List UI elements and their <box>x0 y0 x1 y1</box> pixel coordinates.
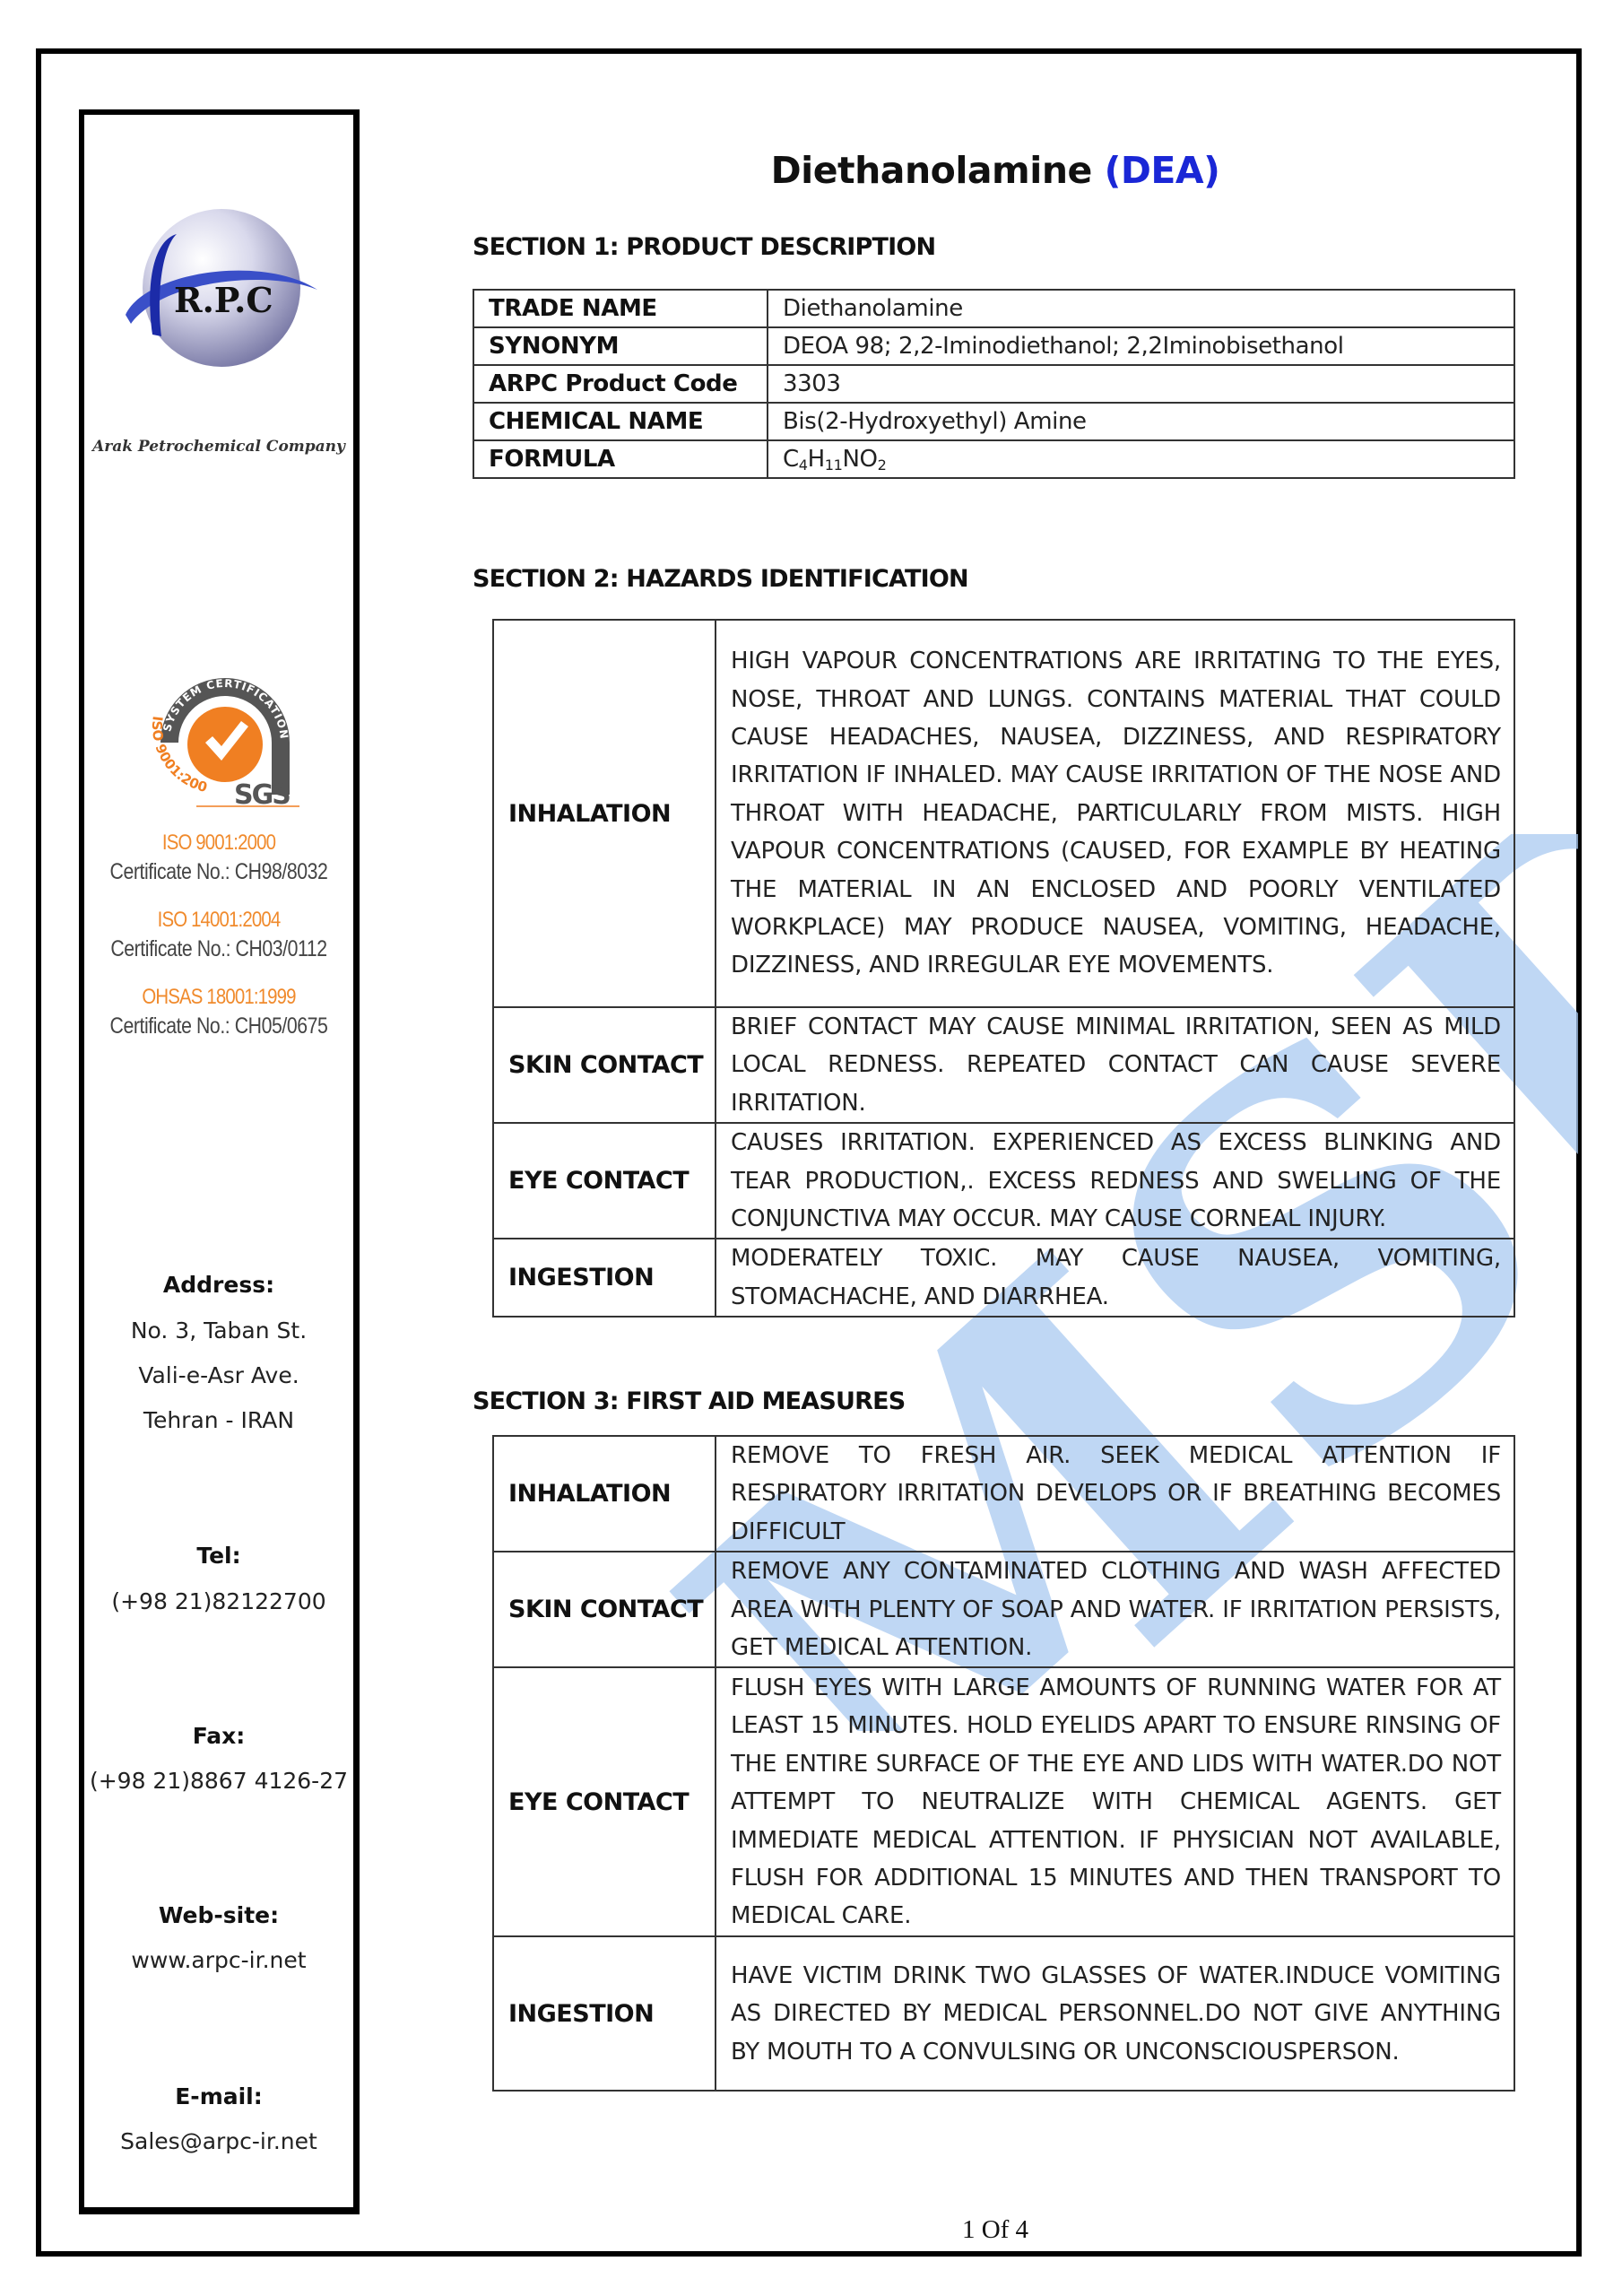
row-value: CAUSES IRRITATION. EXPERIENCED AS EXCESS… <box>716 1123 1514 1239</box>
company-name-caption: Arak Petrochemical Company <box>84 438 353 456</box>
fax-label: Fax: <box>84 1723 353 1749</box>
cert-standard: ISO 14001:2004 <box>105 908 334 933</box>
cert-number: Certificate No.: CH98/8032 <box>105 859 334 885</box>
section-2-heading: SECTION 2: HAZARDS IDENTIFICATION <box>473 565 968 593</box>
row-label: SKIN CONTACT <box>493 1007 716 1123</box>
website-label: Web-site: <box>84 1902 353 1928</box>
row-label: SKIN CONTACT <box>493 1552 716 1667</box>
address-line: No. 3, Taban St. <box>84 1318 353 1344</box>
sgs-certification-badge-icon: SYSTEM CERTIFICATION ISO 9001:2000 SGS <box>134 644 308 814</box>
cert-number: Certificate No.: CH03/0112 <box>105 936 334 962</box>
address-line: Tehran - IRAN <box>84 1407 353 1433</box>
table-row: INHALATIONREMOVE TO FRESH AIR. SEEK MEDI… <box>493 1436 1514 1552</box>
table-row: ARPC Product Code3303 <box>473 365 1514 403</box>
svg-text:R.P.C: R.P.C <box>174 280 273 320</box>
row-value: BRIEF CONTACT MAY CAUSE MINIMAL IRRITATI… <box>716 1007 1514 1123</box>
product-description-table: TRADE NAMEDiethanolamine SYNONYMDEOA 98;… <box>473 289 1515 479</box>
table-row: EYE CONTACTCAUSES IRRITATION. EXPERIENCE… <box>493 1123 1514 1239</box>
row-value: FLUSH EYES WITH LARGE AMOUNTS OF RUNNING… <box>716 1667 1514 1936</box>
tel-value: (+98 21)82122700 <box>84 1588 353 1614</box>
page-number: 1 Of 4 <box>789 2215 1201 2245</box>
title-abbreviation: (DEA) <box>1105 149 1220 192</box>
table-row: FORMULA C4H11NO2 <box>473 440 1514 478</box>
row-value: REMOVE ANY CONTAMINATED CLOTHING AND WAS… <box>716 1552 1514 1667</box>
table-row: CHEMICAL NAMEBis(2-Hydroxyethyl) Amine <box>473 403 1514 440</box>
table-row: TRADE NAMEDiethanolamine <box>473 290 1514 327</box>
section-1-heading: SECTION 1: PRODUCT DESCRIPTION <box>473 233 935 261</box>
row-label: EYE CONTACT <box>493 1667 716 1936</box>
table-row: INGESTIONMODERATELY TOXIC. MAY CAUSE NAU… <box>493 1239 1514 1317</box>
email-link[interactable]: Sales@arpc-ir.net <box>84 2128 353 2154</box>
row-value: REMOVE TO FRESH AIR. SEEK MEDICAL ATTENT… <box>716 1436 1514 1552</box>
row-label: TRADE NAME <box>473 290 768 327</box>
first-aid-table: INHALATIONREMOVE TO FRESH AIR. SEEK MEDI… <box>492 1435 1515 2092</box>
table-row: INGESTIONHAVE VICTIM DRINK TWO GLASSES O… <box>493 1936 1514 2091</box>
rpc-logo-icon: R.P.C <box>118 200 325 370</box>
row-value: DEOA 98; 2,2-Iminodiethanol; 2,2Iminobis… <box>768 327 1514 365</box>
formula-value: C4H11NO2 <box>768 440 1514 478</box>
hazards-table: INHALATIONHIGH VAPOUR CONCENTRATIONS ARE… <box>492 619 1515 1318</box>
tel-label: Tel: <box>84 1543 353 1569</box>
row-label: INGESTION <box>493 1936 716 2091</box>
cert-number: Certificate No.: CH05/0675 <box>105 1013 334 1039</box>
cert-standard: ISO 9001:2000 <box>105 831 334 856</box>
table-row: INHALATIONHIGH VAPOUR CONCENTRATIONS ARE… <box>493 620 1514 1007</box>
row-label: SYNONYM <box>473 327 768 365</box>
table-row: SKIN CONTACTREMOVE ANY CONTAMINATED CLOT… <box>493 1552 1514 1667</box>
address-label: Address: <box>84 1272 353 1298</box>
row-label: INGESTION <box>493 1239 716 1317</box>
row-label: ARPC Product Code <box>473 365 768 403</box>
title-text: Diethanolamine <box>771 149 1092 192</box>
row-label: INHALATION <box>493 620 716 1007</box>
company-sidebar: R.P.C Arak Petrochemical Company SYSTEM … <box>79 109 360 2214</box>
row-label: CHEMICAL NAME <box>473 403 768 440</box>
email-label: E-mail: <box>84 2083 353 2109</box>
row-label: FORMULA <box>473 440 768 478</box>
page-title: Diethanolamine (DEA) <box>430 149 1560 192</box>
row-value: Diethanolamine <box>768 290 1514 327</box>
fax-value: (+98 21)8867 4126-27 <box>84 1768 353 1794</box>
website-link[interactable]: www.arpc-ir.net <box>84 1947 353 1973</box>
row-label: INHALATION <box>493 1436 716 1552</box>
cert-standard: OHSAS 18001:1999 <box>105 985 334 1010</box>
table-row: SYNONYMDEOA 98; 2,2-Iminodiethanol; 2,2I… <box>473 327 1514 365</box>
row-value: HIGH VAPOUR CONCENTRATIONS ARE IRRITATIN… <box>716 620 1514 1007</box>
row-label: EYE CONTACT <box>493 1123 716 1239</box>
table-row: EYE CONTACTFLUSH EYES WITH LARGE AMOUNTS… <box>493 1667 1514 1936</box>
address-line: Vali-e-Asr Ave. <box>84 1362 353 1388</box>
row-value: 3303 <box>768 365 1514 403</box>
row-value: MODERATELY TOXIC. MAY CAUSE NAUSEA, VOMI… <box>716 1239 1514 1317</box>
row-value: HAVE VICTIM DRINK TWO GLASSES OF WATER.I… <box>716 1936 1514 2091</box>
row-value: Bis(2-Hydroxyethyl) Amine <box>768 403 1514 440</box>
section-3-heading: SECTION 3: FIRST AID MEASURES <box>473 1387 905 1415</box>
table-row: SKIN CONTACTBRIEF CONTACT MAY CAUSE MINI… <box>493 1007 1514 1123</box>
